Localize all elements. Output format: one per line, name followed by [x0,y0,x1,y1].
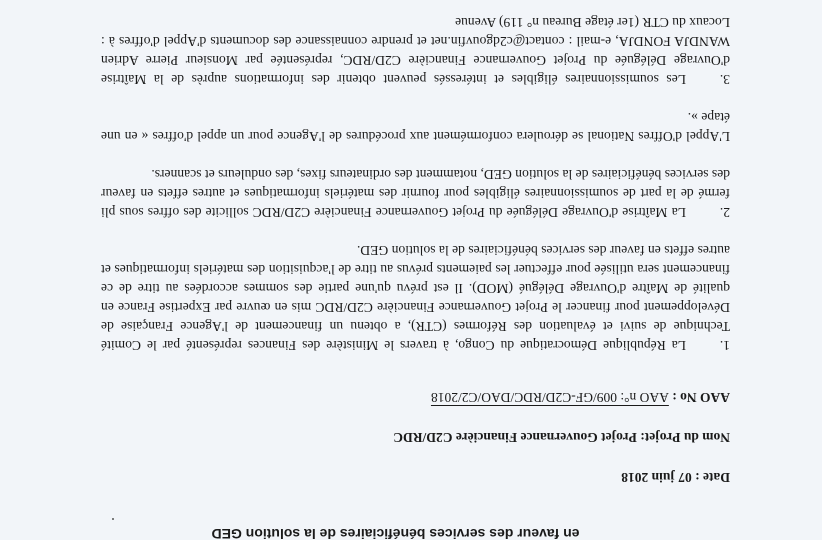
aao-line: AAO No : AAO n°: 009/GF-C2D/RDC/DAO/C2/2… [101,389,730,406]
project-value: Projet Gouvernance Financière C2D/RDC [393,430,637,445]
paragraph-number: 1. [686,336,730,355]
paragraph-1: 1.La République Démocratique du Congo, à… [101,241,730,355]
paragraph-text: L'Appel d'Offres National se déroulera c… [101,110,730,144]
paragraph-text: Les soumissionnaires éligibles et intére… [101,15,730,87]
scan-speck [112,518,114,520]
date-value: 07 juin 2018 [621,470,692,485]
paragraph-number: 2. [686,203,730,222]
paragraph-number: 3. [686,70,730,89]
aao-label: AAO No : [672,390,730,405]
document-title: en faveur des services bénéficiaires de … [101,524,730,540]
project-line: Nom du Projet: Projet Gouvernance Financ… [101,429,730,446]
paragraph-2: 2.La Maîtrise d'Ouvrage Déléguée du Proj… [101,165,730,222]
date-line: Date : 07 juin 2018 [101,469,730,486]
paragraph-text: La Maîtrise d'Ouvrage Déléguée du Projet… [101,167,730,220]
aao-reference: AAO n°: 009/GF-C2D/RDC/DAO/C2/2018 [431,390,669,405]
project-label: Nom du Projet: [640,430,730,445]
document-content: en faveur des services bénéficiaires de … [101,13,730,540]
date-label: Date : [695,470,730,485]
paragraph-procedure: L'Appel d'Offres National se déroulera c… [101,108,730,146]
paragraph-3: 3.Les soumissionnaires éligibles et inté… [101,13,730,89]
scanned-document-page: en faveur des services bénéficiaires de … [0,0,822,540]
paragraph-text: La République Démocratique du Congo, à t… [101,243,730,353]
